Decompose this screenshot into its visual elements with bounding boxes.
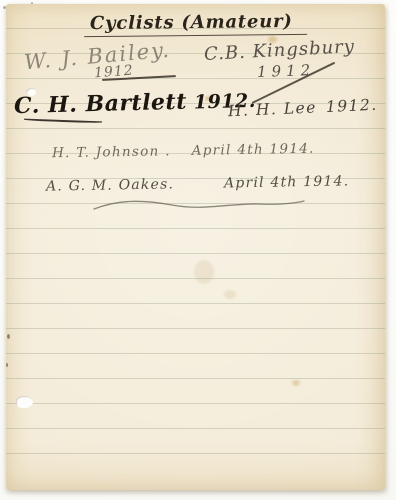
signature-date: 1912 xyxy=(257,61,316,81)
paper-tear xyxy=(16,396,33,408)
ruled-lines xyxy=(6,4,385,470)
signature-name: H. T. Johnson . xyxy=(52,143,171,161)
edge-speck xyxy=(6,363,8,367)
foxing-stain xyxy=(292,380,300,386)
pen-squiggle xyxy=(92,196,307,214)
signature-date: April 4th 1914. xyxy=(192,141,315,159)
foxing-stain xyxy=(194,260,214,284)
signature-date: 1912. xyxy=(325,96,378,116)
signature-name: A. G. M. Oakes. xyxy=(46,176,174,194)
album-page: Cyclists (Amateur) W. J. Bailey. 1912 C.… xyxy=(6,4,385,490)
photo-background: Cyclists (Amateur) W. J. Bailey. 1912 C.… xyxy=(0,0,396,500)
signature-date: April 4th 1914. xyxy=(224,173,350,191)
signature-name: C. H. Bartlett xyxy=(14,89,187,120)
foxing-stain xyxy=(224,290,236,299)
edge-speck xyxy=(7,334,10,339)
title-row: Cyclists (Amateur) xyxy=(6,12,385,36)
page-title: Cyclists (Amateur) xyxy=(84,11,307,37)
